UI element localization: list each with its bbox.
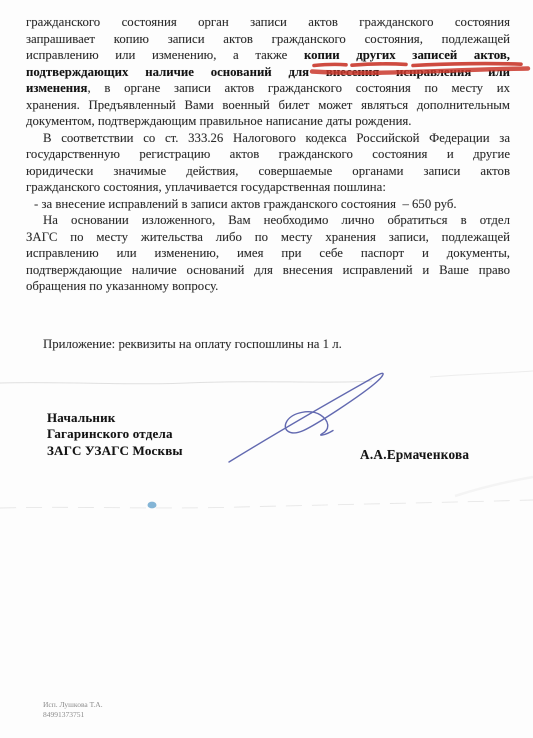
body-line: ЗАГС по месту жительства либо по месту х… xyxy=(26,229,510,246)
letter-body: гражданского состояния орган записи акто… xyxy=(26,14,510,295)
body-line: подтверждающие наличие оснований для вне… xyxy=(26,262,510,279)
body-line: запрашивает копию записи актов гражданск… xyxy=(26,31,510,48)
executor-footer: Исп. Лушкова Т.А. 84991373751 xyxy=(43,700,103,719)
attachment-line: Приложение: реквизиты на оплату госпошли… xyxy=(43,336,342,352)
body-line: хранения. Предъявленный Вами военный бил… xyxy=(26,97,510,114)
body-line: изменения, в органе записи актов граждан… xyxy=(26,80,510,97)
body-line: обращения по указанному вопросу. xyxy=(26,278,510,295)
text-segment: юридически значимые действия, совершаемы… xyxy=(26,164,510,178)
executor-name: Исп. Лушкова Т.А. xyxy=(43,700,103,710)
body-line: гражданского состояния, уплачивается гос… xyxy=(26,179,510,196)
ink-speck xyxy=(148,502,157,509)
text-segment: гражданского состояния, уплачивается гос… xyxy=(26,180,386,194)
body-line: подтверждающих наличие оснований для вне… xyxy=(26,64,510,81)
body-line: юридически значимые действия, совершаемы… xyxy=(26,163,510,180)
scanned-letter-page: гражданского состояния орган записи акто… xyxy=(0,0,533,738)
text-segment: исправлению или изменению, а также xyxy=(26,48,304,62)
bold-emphasis: изменения xyxy=(26,81,87,95)
bold-emphasis: подтверждающих наличие оснований для вне… xyxy=(26,65,510,79)
paper-crease xyxy=(0,381,372,384)
text-segment: государственную регистрацию актов гражда… xyxy=(26,147,510,161)
text-segment: ЗАГС по месту жительства либо по месту х… xyxy=(26,230,510,244)
text-segment: хранения. Предъявленный Вами военный бил… xyxy=(26,98,510,112)
executor-phone: 84991373751 xyxy=(43,710,103,720)
bold-emphasis: копии других записей актов, xyxy=(304,48,510,62)
paper-crease xyxy=(430,371,533,377)
text-segment: , в органе записи актов гражданского сос… xyxy=(87,81,510,95)
text-segment: обращения по указанному вопросу. xyxy=(26,279,218,293)
signatory-title-line: ЗАГС УЗАГС Москвы xyxy=(47,443,183,459)
body-line: гражданского состояния орган записи акто… xyxy=(26,14,510,31)
text-segment: гражданского состояния орган записи акто… xyxy=(26,15,510,29)
text-segment: В соответствии со ст. 333.26 Налогового … xyxy=(43,131,510,145)
text-segment: подтверждающие наличие оснований для вне… xyxy=(26,263,510,277)
body-line: В соответствии со ст. 333.26 Налогового … xyxy=(26,130,510,147)
paper-crease xyxy=(0,500,533,508)
text-segment: запрашивает копию записи актов гражданск… xyxy=(26,32,510,46)
body-line: - за внесение исправлений в записи актов… xyxy=(26,196,510,213)
signatory-title-block: Начальник Гагаринского отдела ЗАГС УЗАГС… xyxy=(47,410,183,459)
signatory-title-line: Гагаринского отдела xyxy=(47,426,183,442)
text-segment: документом, подтверждающим правильное на… xyxy=(26,114,412,128)
paper-smudge xyxy=(455,477,533,496)
body-line: государственную регистрацию актов гражда… xyxy=(26,146,510,163)
body-line: исправлению или изменению, имея при себе… xyxy=(26,245,510,262)
signatory-name: А.А.Ермаченкова xyxy=(360,447,469,463)
body-line: исправлению или изменению, а также копии… xyxy=(26,47,510,64)
text-segment: исправлению или изменению, имея при себе… xyxy=(26,246,510,260)
text-segment: На основании изложенного, Вам необходимо… xyxy=(43,213,510,227)
body-line: На основании изложенного, Вам необходимо… xyxy=(26,212,510,229)
text-segment: - за внесение исправлений в записи актов… xyxy=(34,197,457,211)
body-line: документом, подтверждающим правильное на… xyxy=(26,113,510,130)
signatory-title-line: Начальник xyxy=(47,410,183,426)
